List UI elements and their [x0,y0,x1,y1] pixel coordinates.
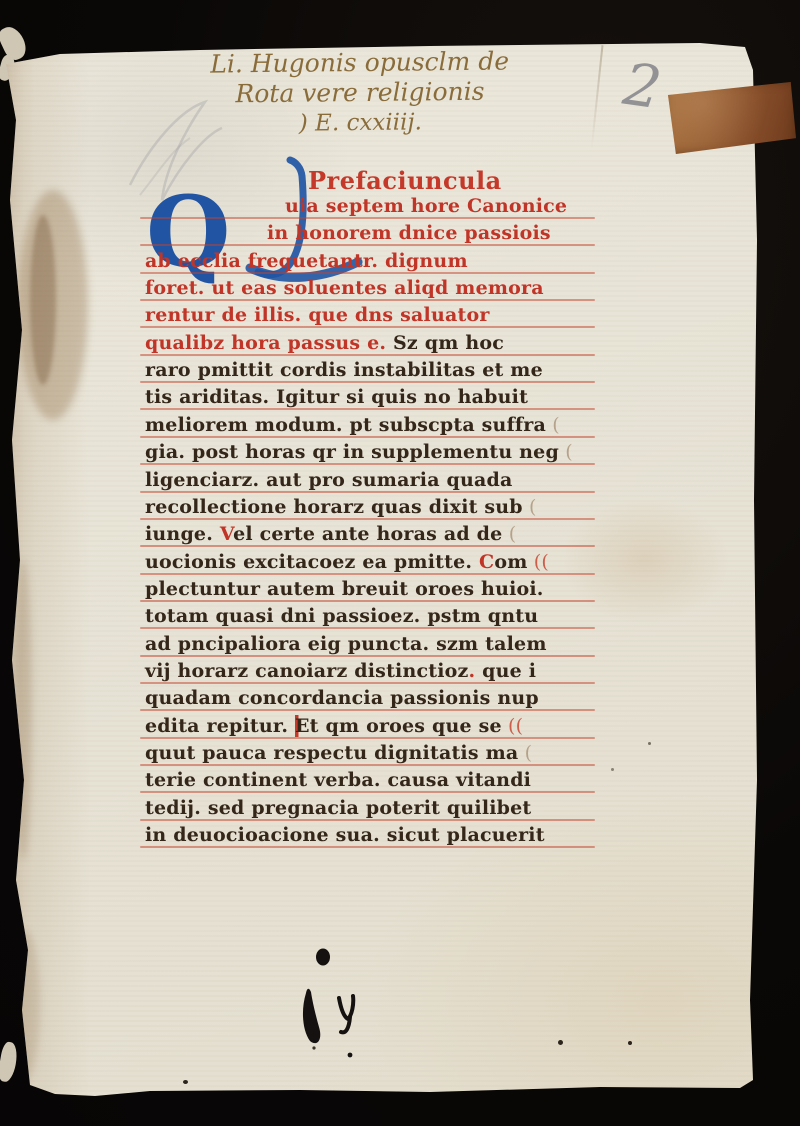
text-segment: el certe ante horas ad de [233,523,502,545]
manuscript-text-line: iunge. Vel certe ante horas ad de ( [145,522,591,546]
text-segment: uia septem hore Canonice [285,195,567,217]
text-segment: terie continent verba. causa vitandi [145,769,531,791]
ink-blot [280,935,390,1070]
photograph-backdrop: Li. Hugonis opusclm de Rota vere religio… [0,0,800,1126]
text-block: uia septem hore Canonicein honorem dnice… [0,0,800,1126]
text-segment: iunge. [145,523,220,545]
speck [628,1041,632,1045]
manuscript-text-line: gia. post horas qr in supplementu neg ( [145,440,591,464]
text-segment: tis ariditas. Igitur si quis no habuit [145,386,528,408]
manuscript-text-line: plectuntur autem breuit oroes huioi. [145,577,591,601]
speck [611,768,614,771]
text-segment: (( [502,715,523,737]
text-segment: edita repitur. [145,715,295,737]
text-segment: vij horarz canoiarz distinctioz [145,660,469,682]
manuscript-text-line: in honorem dnice passiois [145,221,591,245]
manuscript-text-line: quadam concordancia passionis nup [145,686,591,710]
text-segment: ( [546,414,560,436]
text-segment: V [220,523,233,545]
text-segment: ligenciarz. aut pro sumaria quada [145,469,513,491]
text-segment: gia. post horas qr in supplementu neg [145,441,559,463]
manuscript-text-line: raro pmittit cordis instabilitas et me [145,358,591,382]
text-segment: E [295,715,310,737]
text-segment: t qm oroes que se [310,715,502,737]
text-segment: C [479,551,494,573]
text-segment: ad pncipaliora eig puncta. szm talem [145,633,547,655]
manuscript-text-line: quut pauca respectu dignitatis ma ( [145,741,591,765]
text-segment: foret. ut eas soluentes aliqd memora [145,277,544,299]
manuscript-text-line: meliorem modum. pt subscpta suffra ( [145,413,591,437]
text-segment: rentur de illis. que dns saluator [145,304,490,326]
text-segment: ab ecclia frequetantr. dignum [145,250,468,272]
manuscript-text-line: ligenciarz. aut pro sumaria quada [145,468,591,492]
manuscript-text-line: in deuocioacione sua. sicut placuerit [145,823,591,847]
manuscript-text-line: qualibz hora passus e. Sz qm hoc [145,331,591,355]
text-segment: quut pauca respectu dignitatis ma [145,742,518,764]
text-segment: in deuocioacione sua. sicut placuerit [145,824,545,846]
manuscript-text-line: ad pncipaliora eig puncta. szm talem [145,632,591,656]
text-segment: in honorem dnice passiois [267,222,551,244]
manuscript-text-line: terie continent verba. causa vitandi [145,768,591,792]
text-segment: totam quasi dni passioez. pstm qntu [145,605,538,627]
text-segment: que i [475,660,536,682]
text-segment: ( [502,523,516,545]
binding-fiber [0,1041,19,1083]
manuscript-text-line: uocionis excitacoez ea pmitte. Com (( [145,550,591,574]
manuscript-text-line: vij horarz canoiarz distinctioz. que i [145,659,591,683]
text-segment: ( [518,742,532,764]
text-segment: ( [523,496,537,518]
text-segment: meliorem modum. pt subscpta suffra [145,414,546,436]
text-segment: ( [559,441,573,463]
manuscript-text-line: tedij. sed pregnacia poterit quilibet [145,796,591,820]
text-segment: om [494,551,527,573]
manuscript-text-line: tis ariditas. Igitur si quis no habuit [145,385,591,409]
manuscript-page: Li. Hugonis opusclm de Rota vere religio… [0,0,800,1126]
manuscript-text-line: foret. ut eas soluentes aliqd memora [145,276,591,300]
text-segment: plectuntur autem breuit oroes huioi. [145,578,544,600]
manuscript-text-line: totam quasi dni passioez. pstm qntu [145,604,591,628]
manuscript-text-line: recollectione horarz quas dixit sub ( [145,495,591,519]
text-segment: quadam concordancia passionis nup [145,687,539,709]
text-segment: Sz qm hoc [393,332,504,354]
text-segment: tedij. sed pregnacia poterit quilibet [145,797,531,819]
text-segment: qualibz hora passus e. [145,332,393,354]
manuscript-text-line: rentur de illis. que dns saluator [145,303,591,327]
manuscript-text-line: edita repitur. Et qm oroes que se (( [145,714,591,738]
text-segment: (( [528,551,549,573]
text-segment: raro pmittit cordis instabilitas et me [145,359,543,381]
text-segment: uocionis excitacoez ea pmitte. [145,551,479,573]
speck [558,1040,563,1045]
manuscript-text-line: ab ecclia frequetantr. dignum [145,249,591,273]
speck [648,742,651,745]
manuscript-text-line: uia septem hore Canonice [145,194,591,218]
text-segment: recollectione horarz quas dixit sub [145,496,523,518]
speck [183,1080,188,1084]
